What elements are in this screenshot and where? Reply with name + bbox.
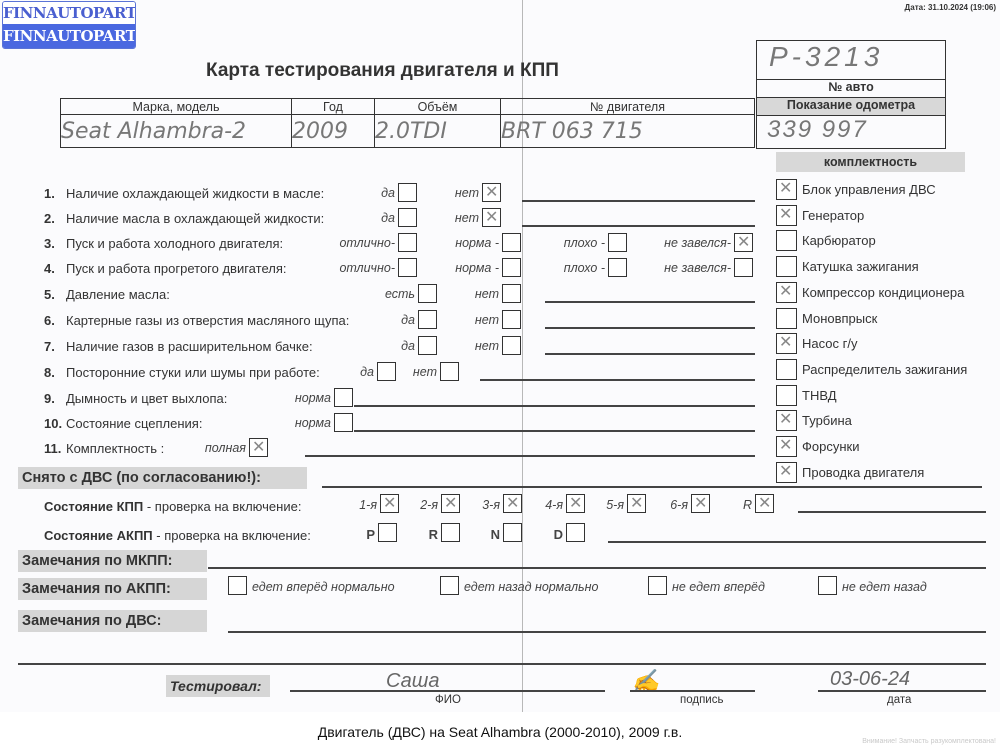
checkbox[interactable] bbox=[776, 282, 797, 303]
checkbox-q4-4[interactable] bbox=[734, 258, 753, 277]
remarks-dvs-line[interactable] bbox=[228, 631, 986, 633]
completeness-label: Катушка зажигания bbox=[802, 259, 919, 274]
question-number: 5. bbox=[44, 287, 66, 302]
answer-line[interactable] bbox=[545, 301, 755, 303]
volume-value: 2.0TDI bbox=[375, 115, 501, 148]
checkbox-q1-2[interactable] bbox=[482, 183, 501, 202]
completeness-item[interactable]: Проводка двигателя bbox=[776, 462, 924, 483]
name-caption: ФИО bbox=[435, 694, 461, 706]
gear-checkbox-2[interactable] bbox=[441, 494, 460, 513]
checkbox-q6-2[interactable] bbox=[502, 310, 521, 329]
checkbox-q3-3[interactable] bbox=[608, 233, 627, 252]
question-number: 11. bbox=[44, 441, 66, 456]
completeness-item[interactable]: Насос г/у bbox=[776, 333, 857, 354]
answer-line[interactable] bbox=[545, 353, 755, 355]
checkbox-q5-1[interactable] bbox=[418, 284, 437, 303]
question-number: 6. bbox=[44, 313, 66, 328]
question-text: Наличие газов в расширительном бачке: bbox=[66, 339, 313, 354]
gear-checkbox-5[interactable] bbox=[627, 494, 646, 513]
question-text: Пуск и работа прогретого двигателя: bbox=[66, 261, 286, 276]
option-label: нет bbox=[455, 211, 479, 225]
datestamp: Дата: 31.10.2024 (19:06) bbox=[905, 3, 996, 12]
gear-label: 4-я bbox=[545, 498, 563, 512]
checkbox-q2-1[interactable] bbox=[398, 208, 417, 227]
gear-label: 6-я bbox=[670, 498, 688, 512]
akpp-remark-checkbox-4[interactable] bbox=[818, 576, 837, 595]
completeness-item[interactable]: Распределитель зажигания bbox=[776, 359, 967, 380]
gear-label: R bbox=[743, 498, 752, 512]
question-6: 6.Картерные газы из отверстия масляного … bbox=[44, 313, 349, 328]
gear-checkbox-6[interactable] bbox=[691, 494, 710, 513]
completeness-heading: комплектность bbox=[776, 152, 965, 172]
option-label: не завелся- bbox=[664, 236, 731, 250]
checkbox[interactable] bbox=[776, 359, 797, 380]
akpp-remark-label: едет вперёд нормально bbox=[252, 580, 395, 594]
watermark: Внимание! Запчасть разукомплектована! bbox=[862, 738, 996, 745]
question-number: 10. bbox=[44, 416, 66, 431]
remarks-akpp-label: Замечания по АКПП: bbox=[18, 578, 207, 600]
completeness-item[interactable]: Карбюратор bbox=[776, 230, 876, 251]
checkbox[interactable] bbox=[776, 410, 797, 431]
date-line[interactable] bbox=[818, 690, 986, 692]
checkbox-q9-1[interactable] bbox=[334, 388, 353, 407]
question-7: 7.Наличие газов в расширительном бачке: bbox=[44, 339, 313, 354]
completeness-item[interactable]: Компрессор кондиционера bbox=[776, 282, 964, 303]
completeness-label: Блок управления ДВС bbox=[802, 182, 936, 197]
answer-line[interactable] bbox=[480, 379, 755, 381]
option-label: да bbox=[360, 365, 374, 379]
question-10: 10.Состояние сцепления: bbox=[44, 416, 202, 431]
option-label: нет bbox=[475, 313, 499, 327]
position-checkbox-R[interactable] bbox=[441, 523, 460, 542]
position-label: N bbox=[491, 527, 500, 542]
question-number: 9. bbox=[44, 391, 66, 406]
manual-gearbox-line[interactable] bbox=[798, 511, 986, 513]
akpp-remark-checkbox-1[interactable] bbox=[228, 576, 247, 595]
option-label: да bbox=[401, 339, 415, 353]
question-9: 9.Дымность и цвет выхлопа: bbox=[44, 391, 227, 406]
question-11: 11.Комплектность : bbox=[44, 441, 164, 456]
completeness-label: ТНВД bbox=[802, 388, 837, 403]
question-number: 4. bbox=[44, 261, 66, 276]
checkbox[interactable] bbox=[776, 179, 797, 200]
logo-line-1: FINNAUTOPARTS bbox=[3, 2, 135, 24]
checkbox[interactable] bbox=[776, 333, 797, 354]
removed-label: Снято с ДВС (по согласованию!): bbox=[18, 467, 307, 489]
col-make-model: Марка, модель bbox=[61, 99, 292, 115]
position-label: P bbox=[366, 527, 375, 542]
checkbox-q6-1[interactable] bbox=[418, 310, 437, 329]
checkbox-q4-1[interactable] bbox=[398, 258, 417, 277]
logo[interactable]: FINNAUTOPARTS FINNAUTOPARTS bbox=[2, 1, 136, 49]
akpp-remark-label: не едет вперёд bbox=[672, 580, 765, 594]
option-label: нет bbox=[413, 365, 437, 379]
completeness-item[interactable]: Форсунки bbox=[776, 436, 859, 457]
remarks-dvs-label: Замечания по ДВС: bbox=[18, 610, 207, 632]
question-number: 8. bbox=[44, 365, 66, 380]
checkbox-q3-2[interactable] bbox=[502, 233, 521, 252]
question-text: Картерные газы из отверстия масляного щу… bbox=[66, 313, 349, 328]
option-label: есть bbox=[385, 287, 415, 301]
question-text: Дымность и цвет выхлопа: bbox=[66, 391, 227, 406]
completeness-label: Турбина bbox=[802, 413, 852, 428]
form-title: Карта тестирования двигателя и КПП bbox=[206, 60, 559, 82]
option-label: отлично- bbox=[339, 261, 395, 275]
akpp-remark-label: не едет назад bbox=[842, 580, 927, 594]
akpp-remark-checkbox-3[interactable] bbox=[648, 576, 667, 595]
completeness-label: Моновпрыск bbox=[802, 311, 877, 326]
position-checkbox-N[interactable] bbox=[503, 523, 522, 542]
image-caption: Двигатель (ДВС) на Seat Alhambra (2000-2… bbox=[0, 724, 1000, 740]
signature-caption: подпись bbox=[680, 694, 723, 706]
akpp-remark-label: едет назад нормально bbox=[464, 580, 598, 594]
gear-label: 1-я bbox=[359, 498, 377, 512]
checkbox[interactable] bbox=[776, 385, 797, 406]
completeness-item[interactable]: Блок управления ДВС bbox=[776, 179, 936, 200]
completeness-item[interactable]: Катушка зажигания bbox=[776, 256, 919, 277]
checkbox-q8-2[interactable] bbox=[440, 362, 459, 381]
col-engine-number: № двигателя bbox=[501, 99, 755, 115]
col-volume: Объём bbox=[375, 99, 501, 115]
checkbox-q7-2[interactable] bbox=[502, 336, 521, 355]
answer-line[interactable] bbox=[522, 225, 755, 227]
gear-checkbox-4[interactable] bbox=[566, 494, 585, 513]
remarks-mkpp-label: Замечания по МКПП: bbox=[18, 550, 207, 572]
gear-checkbox-3[interactable] bbox=[503, 494, 522, 513]
question-number: 2. bbox=[44, 211, 66, 226]
gear-checkbox-1[interactable] bbox=[380, 494, 399, 513]
answer-line[interactable] bbox=[522, 200, 755, 202]
completeness-item[interactable]: Генератор bbox=[776, 205, 864, 226]
signature-line[interactable] bbox=[630, 690, 755, 692]
checkbox-q11-1[interactable] bbox=[249, 438, 268, 457]
question-5: 5.Давление масла: bbox=[44, 287, 170, 302]
checkbox[interactable] bbox=[776, 256, 797, 277]
option-label: не завелся- bbox=[664, 261, 731, 275]
checkbox[interactable] bbox=[776, 308, 797, 329]
checkbox-q4-2[interactable] bbox=[502, 258, 521, 277]
answer-line[interactable] bbox=[354, 405, 755, 407]
option-label: норма - bbox=[455, 261, 499, 275]
position-label: D bbox=[554, 527, 563, 542]
checkbox-q5-2[interactable] bbox=[502, 284, 521, 303]
auto-gearbox-label: Состояние АКПП - проверка на включение: bbox=[44, 528, 311, 543]
answer-line[interactable] bbox=[305, 455, 755, 457]
answer-line[interactable] bbox=[354, 430, 755, 432]
completeness-label: Форсунки bbox=[802, 439, 859, 454]
checkbox[interactable] bbox=[776, 436, 797, 457]
option-label: нет bbox=[475, 287, 499, 301]
checkbox[interactable] bbox=[776, 205, 797, 226]
date-caption: дата bbox=[887, 694, 911, 706]
tested-by-label: Тестировал: bbox=[166, 675, 270, 697]
auto-box: Р-3213 № авто Показание одометра 339 997 bbox=[756, 40, 946, 149]
checkbox-q4-3[interactable] bbox=[608, 258, 627, 277]
completeness-label: Компрессор кондиционера bbox=[802, 285, 964, 300]
option-label: норма bbox=[295, 391, 331, 405]
question-number: 3. bbox=[44, 236, 66, 251]
gear-label: 5-я bbox=[606, 498, 624, 512]
completeness-item[interactable]: Турбина bbox=[776, 410, 852, 431]
question-2: 2.Наличие масла в охлаждающей жидкости: bbox=[44, 211, 324, 226]
position-label: R bbox=[429, 527, 438, 542]
remarks-dvs-line-2[interactable] bbox=[18, 663, 986, 665]
option-label: да bbox=[381, 211, 395, 225]
position-checkbox-D[interactable] bbox=[566, 523, 585, 542]
completeness-label: Проводка двигателя bbox=[802, 465, 924, 480]
completeness-label: Генератор bbox=[802, 208, 864, 223]
question-text: Наличие охлаждающей жидкости в масле: bbox=[66, 186, 324, 201]
question-1: 1.Наличие охлаждающей жидкости в масле: bbox=[44, 186, 324, 201]
option-label: полная bbox=[205, 441, 246, 455]
auto-gearbox-line[interactable] bbox=[608, 541, 986, 543]
year-value: 2009 bbox=[292, 115, 375, 148]
odometer-value: 339 997 bbox=[757, 116, 945, 148]
odometer-label: Показание одометра bbox=[757, 98, 945, 116]
option-label: плохо - bbox=[564, 236, 605, 250]
gear-checkbox-7[interactable] bbox=[755, 494, 774, 513]
remarks-mkpp-line[interactable] bbox=[208, 567, 986, 569]
completeness-label: Карбюратор bbox=[802, 233, 876, 248]
question-text: Наличие масла в охлаждающей жидкости: bbox=[66, 211, 324, 226]
engine-number-value: BRT 063 715 bbox=[501, 115, 755, 148]
question-3: 3.Пуск и работа холодного двигателя: bbox=[44, 236, 283, 251]
auto-number-label: № авто bbox=[757, 80, 945, 98]
position-checkbox-P[interactable] bbox=[378, 523, 397, 542]
completeness-label: Насос г/у bbox=[802, 336, 857, 351]
name-line[interactable] bbox=[290, 690, 605, 692]
akpp-remark-checkbox-2[interactable] bbox=[440, 576, 459, 595]
question-text: Пуск и работа холодного двигателя: bbox=[66, 236, 283, 251]
manual-gearbox-label: Состояние КПП - проверка на включение: bbox=[44, 499, 301, 514]
option-label: плохо - bbox=[564, 261, 605, 275]
checkbox[interactable] bbox=[776, 462, 797, 483]
gear-label: 3-я bbox=[482, 498, 500, 512]
checkbox-q10-1[interactable] bbox=[334, 413, 353, 432]
question-text: Состояние сцепления: bbox=[66, 416, 202, 431]
vehicle-header-table: Марка, модель Год Объём № двигателя Seat… bbox=[60, 98, 755, 148]
completeness-label: Распределитель зажигания bbox=[802, 362, 967, 377]
completeness-item[interactable]: ТНВД bbox=[776, 385, 837, 406]
checkbox[interactable] bbox=[776, 230, 797, 251]
checkbox-q2-2[interactable] bbox=[482, 208, 501, 227]
col-year: Год bbox=[292, 99, 375, 115]
logo-line-2: FINNAUTOPARTS bbox=[3, 24, 135, 48]
answer-line[interactable] bbox=[545, 327, 755, 329]
option-label: нет bbox=[475, 339, 499, 353]
checkbox-q3-4[interactable] bbox=[734, 233, 753, 252]
completeness-item[interactable]: Моновпрыск bbox=[776, 308, 877, 329]
gear-label: 2-я bbox=[420, 498, 438, 512]
checkbox-q3-1[interactable] bbox=[398, 233, 417, 252]
option-label: да bbox=[381, 186, 395, 200]
question-8: 8.Посторонние стуки или шумы при работе: bbox=[44, 365, 320, 380]
question-text: Комплектность : bbox=[66, 441, 164, 456]
option-label: отлично- bbox=[339, 236, 395, 250]
option-label: норма bbox=[295, 416, 331, 430]
option-label: нет bbox=[455, 186, 479, 200]
question-text: Давление масла: bbox=[66, 287, 170, 302]
checkbox-q8-1[interactable] bbox=[377, 362, 396, 381]
checkbox-q1-1[interactable] bbox=[398, 183, 417, 202]
auto-number-value: Р-3213 bbox=[757, 41, 945, 80]
question-number: 7. bbox=[44, 339, 66, 354]
test-date: 03-06-24 bbox=[830, 668, 910, 691]
make-model-value: Seat Alhambra-2 bbox=[61, 115, 292, 148]
checkbox-q7-1[interactable] bbox=[418, 336, 437, 355]
removed-line[interactable] bbox=[322, 486, 982, 488]
option-label: да bbox=[401, 313, 415, 327]
question-number: 1. bbox=[44, 186, 66, 201]
question-4: 4.Пуск и работа прогретого двигателя: bbox=[44, 261, 286, 276]
question-text: Посторонние стуки или шумы при работе: bbox=[66, 365, 320, 380]
option-label: норма - bbox=[455, 236, 499, 250]
